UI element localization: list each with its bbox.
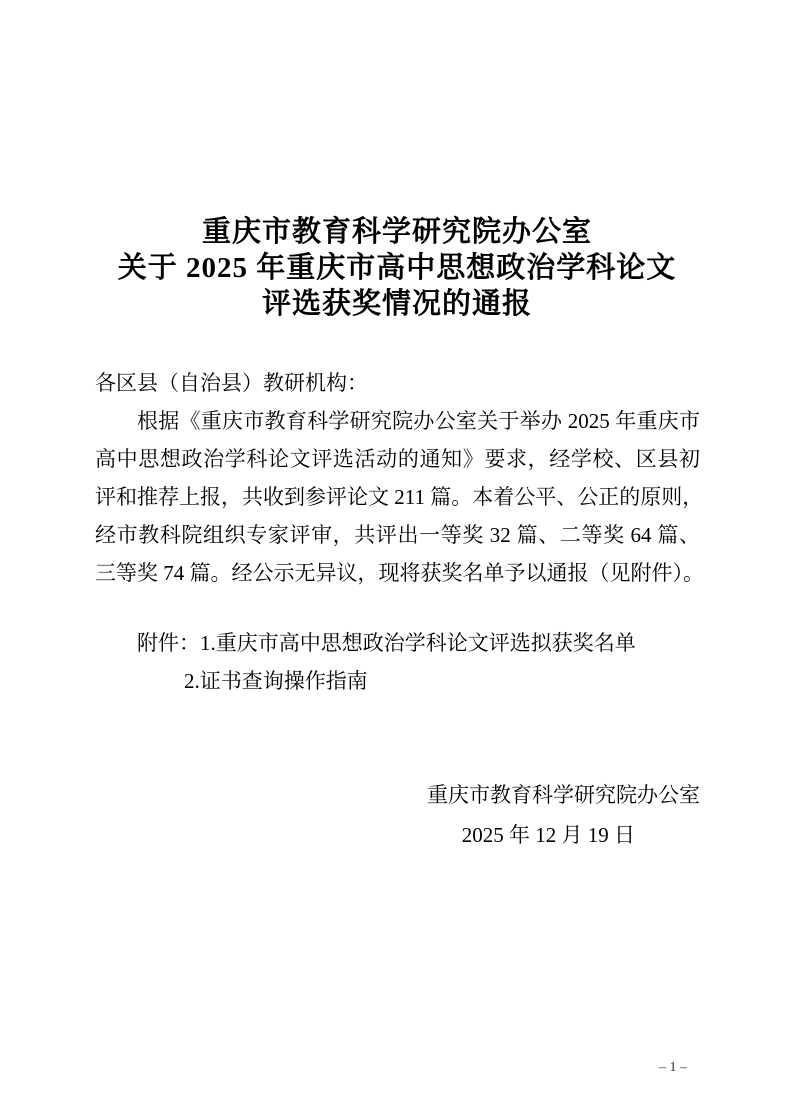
- signature-block: 重庆市教育科学研究院办公室 2025 年 12 月 19 日: [280, 775, 700, 855]
- attachments-label: 附件：: [137, 631, 200, 655]
- attachment-1-text: 1.重庆市高中思想政治学科论文评选拟获奖名单: [200, 631, 636, 655]
- title-line-3: 评选获奖情况的通报: [47, 286, 747, 322]
- paragraph-line: 经市教科院组织专家评审，共评出一等奖 32 篇、二等奖 64 篇、: [95, 516, 700, 554]
- attachment-item-2: 2.证书查询操作指南: [95, 662, 700, 700]
- attachment-item-1: 附件：1.重庆市高中思想政治学科论文评选拟获奖名单: [95, 624, 700, 662]
- title-line-2: 关于 2025 年重庆市高中思想政治学科论文: [47, 250, 747, 286]
- signature-date: 2025 年 12 月 19 日: [280, 815, 700, 855]
- salutation: 各区县（自治县）教研机构：: [95, 364, 700, 402]
- title-line-1: 重庆市教育科学研究院办公室: [47, 214, 747, 250]
- paragraph-line: 根据《重庆市教育科学研究院办公室关于举办 2025 年重庆市: [95, 402, 700, 440]
- page-number: – 1 –: [640, 1059, 706, 1077]
- document-page: 重庆市教育科学研究院办公室 关于 2025 年重庆市高中思想政治学科论文 评选获…: [0, 0, 794, 1108]
- paragraph-line: 高中思想政治学科论文评选活动的通知》要求，经学校、区县初: [95, 440, 700, 478]
- attachments-section: 附件：1.重庆市高中思想政治学科论文评选拟获奖名单 2.证书查询操作指南: [95, 624, 700, 700]
- paragraph-line: 评和推荐上报，共收到参评论文 211 篇。本着公平、公正的原则，: [95, 478, 700, 516]
- document-body: 各区县（自治县）教研机构： 根据《重庆市教育科学研究院办公室关于举办 2025 …: [95, 364, 700, 592]
- signature-organization: 重庆市教育科学研究院办公室: [280, 775, 700, 815]
- attachment-2-text: 2.证书查询操作指南: [184, 669, 368, 693]
- document-title: 重庆市教育科学研究院办公室 关于 2025 年重庆市高中思想政治学科论文 评选获…: [47, 214, 747, 322]
- paragraph-line: 三等奖 74 篇。经公示无异议，现将获奖名单予以通报（见附件）。: [95, 554, 700, 592]
